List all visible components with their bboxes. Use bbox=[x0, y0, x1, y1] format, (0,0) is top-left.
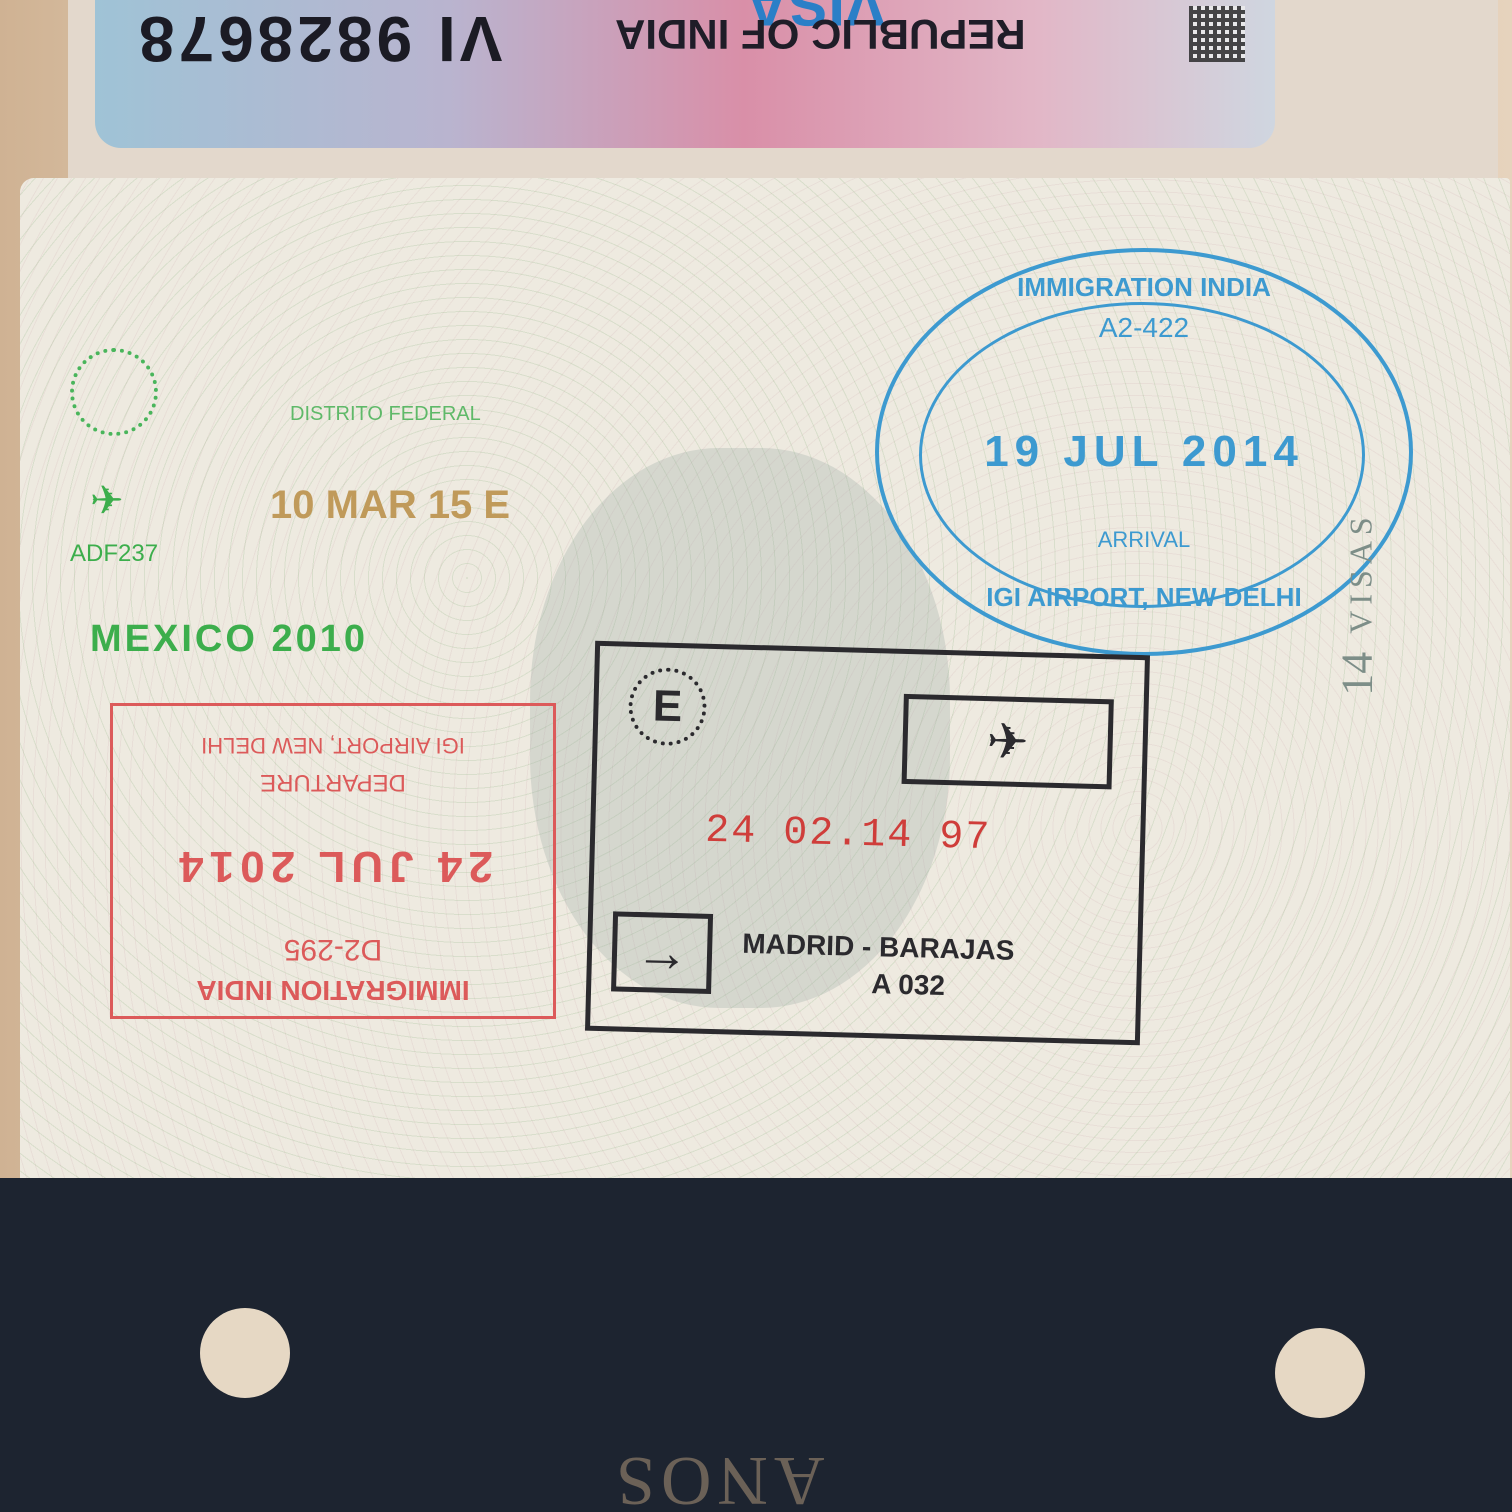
mexico-flight: ADF237 bbox=[70, 540, 158, 568]
page-number: 14 VISAS bbox=[1332, 511, 1383, 695]
qr-code-icon bbox=[1189, 6, 1245, 62]
airplane-icon: ✈ bbox=[902, 694, 1114, 789]
arrival-authority: IMMIGRATION INDIA bbox=[879, 272, 1409, 303]
mexico-entry-stamp: DISTRITO FEDERAL 10 MAR 15 E ✈ ADF237 ME… bbox=[60, 308, 700, 688]
mexico-seal-icon bbox=[70, 348, 158, 436]
arrival-place: IGI AIRPORT, NEW DELHI bbox=[879, 582, 1409, 613]
departure-authority: IMMIGRATION INDIA bbox=[113, 974, 553, 1006]
mexico-country: MEXICO 2010 bbox=[90, 618, 368, 661]
punched-hole bbox=[200, 1308, 290, 1398]
departure-place: IGI AIRPORT, NEW DELHI bbox=[113, 732, 553, 758]
departure-code: D2-295 bbox=[113, 932, 553, 966]
punched-hole bbox=[1275, 1328, 1365, 1418]
visa-number: VI 9828678 bbox=[135, 2, 502, 76]
passport-visa-page: DISTRITO FEDERAL 10 MAR 15 E ✈ ADF237 ME… bbox=[20, 178, 1510, 1178]
india-visa-sticker: VISA VI 9828678 REPUBLIC OF INDIA bbox=[95, 0, 1275, 148]
cover-emboss: ANOS bbox=[610, 1440, 825, 1512]
eu-stars-icon: E bbox=[627, 667, 707, 747]
page-label: VISAS bbox=[1343, 511, 1379, 633]
spain-code: A 032 bbox=[871, 968, 945, 1002]
visa-country: REPUBLIC OF INDIA bbox=[615, 10, 1026, 58]
mexico-date: 10 MAR 15 E bbox=[270, 483, 510, 528]
departure-date: 24 JUL 2014 bbox=[113, 841, 553, 891]
page-number-value: 14 bbox=[1333, 652, 1382, 696]
spain-entry-stamp: E ✈ 24 02.14 97 → MADRID - BARAJAS A 032 bbox=[585, 641, 1150, 1045]
arrival-date: 19 JUL 2014 bbox=[879, 427, 1409, 477]
mexico-district: DISTRITO FEDERAL bbox=[290, 403, 481, 426]
arrival-type: ARRIVAL bbox=[879, 527, 1409, 553]
india-departure-stamp: IMMIGRATION INDIA D2-295 24 JUL 2014 DEP… bbox=[110, 703, 556, 1019]
entry-arrow-icon: → bbox=[611, 911, 713, 994]
spain-date: 24 02.14 97 bbox=[705, 809, 992, 861]
spain-airport: MADRID - BARAJAS bbox=[742, 928, 1015, 967]
arrival-code: A2-422 bbox=[879, 312, 1409, 344]
plane-icon: ✈ bbox=[90, 478, 124, 524]
departure-type: DEPARTURE bbox=[113, 768, 553, 796]
